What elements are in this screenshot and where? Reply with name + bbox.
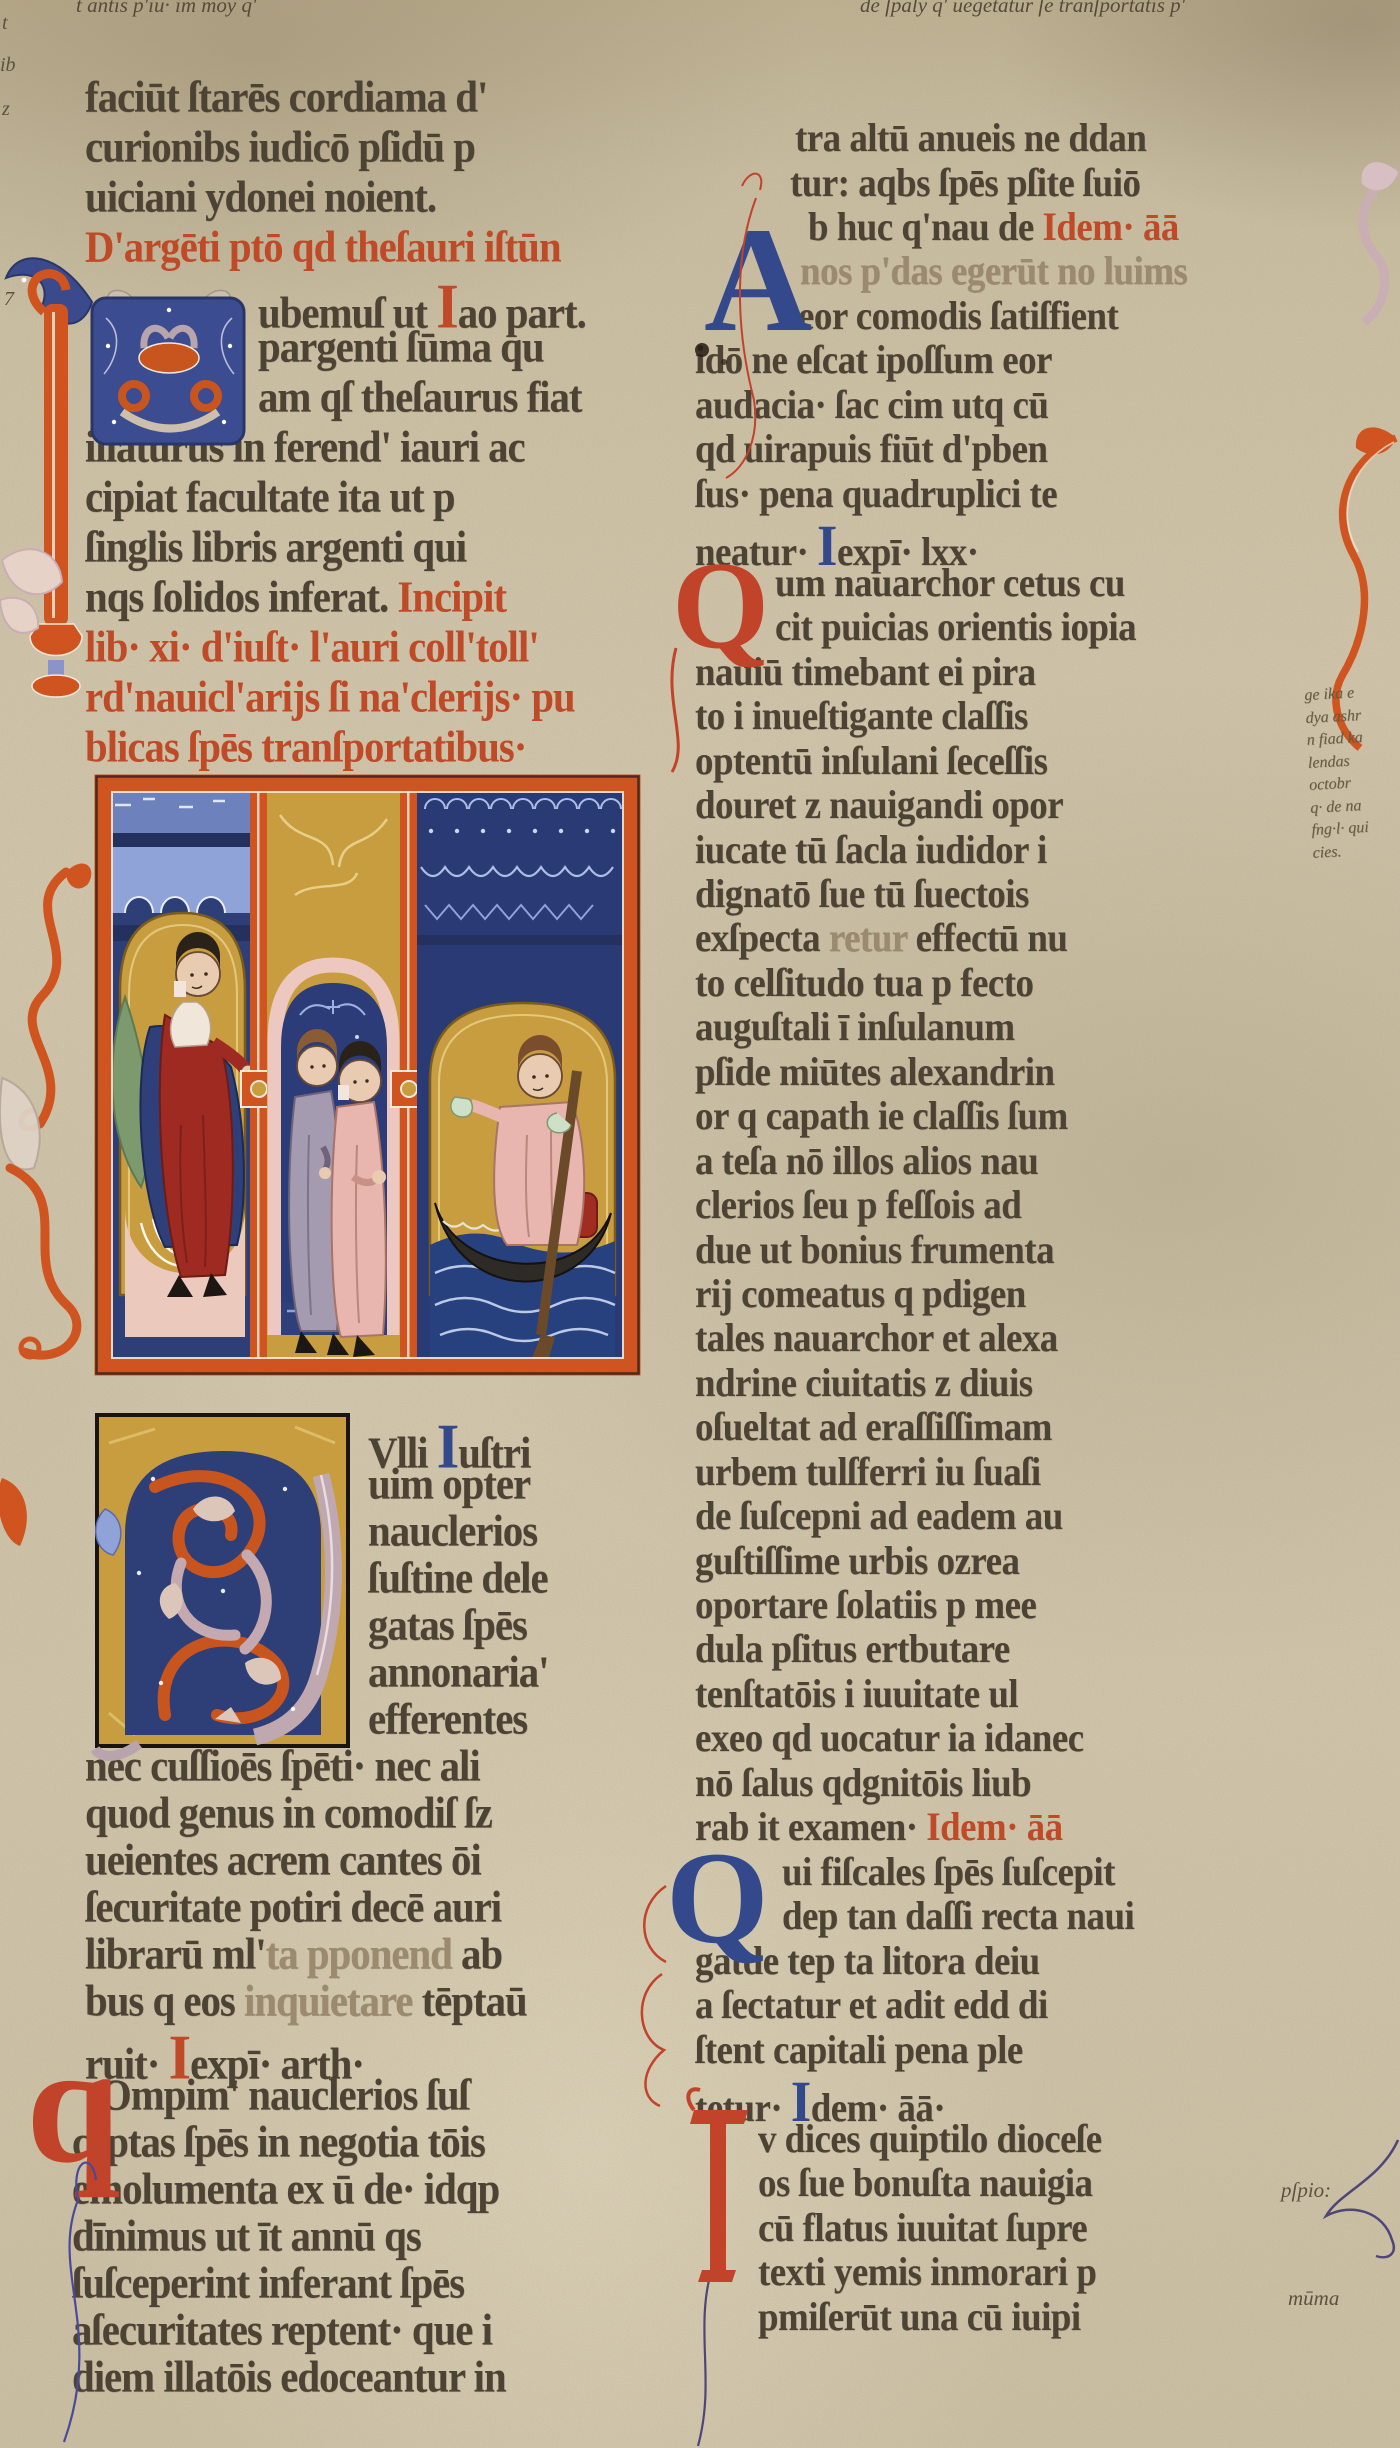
margin-ornaments bbox=[0, 0, 1400, 2448]
gloss-line: octobr bbox=[1309, 776, 1352, 794]
note-pspio: pſpio: bbox=[1281, 2178, 1331, 2203]
manuscript-page: t antis p'iu· im moy q' de ſpaly q' uege… bbox=[0, 0, 1400, 2448]
penwork-hairlines bbox=[64, 174, 761, 2446]
bar-ornament-icon bbox=[30, 274, 82, 697]
gloss-line: fng·l· qui bbox=[1311, 820, 1369, 839]
gloss-line: q· de na bbox=[1310, 798, 1362, 817]
gloss-line: cies. bbox=[1312, 844, 1342, 861]
orange-flourish-icon bbox=[0, 864, 91, 1546]
gloss-line: ge ika e bbox=[1304, 685, 1355, 704]
purple-squiggle bbox=[1326, 2140, 1398, 2257]
gloss-line: n fiad ka bbox=[1306, 730, 1363, 749]
note-muma: mūma bbox=[1288, 2286, 1339, 2311]
right-margin-flourish-icon bbox=[1336, 162, 1398, 748]
gloss-line: dya ashr bbox=[1305, 708, 1361, 727]
gloss-line: lendas bbox=[1308, 753, 1351, 771]
tall-red-initial-i bbox=[688, 2089, 748, 2282]
